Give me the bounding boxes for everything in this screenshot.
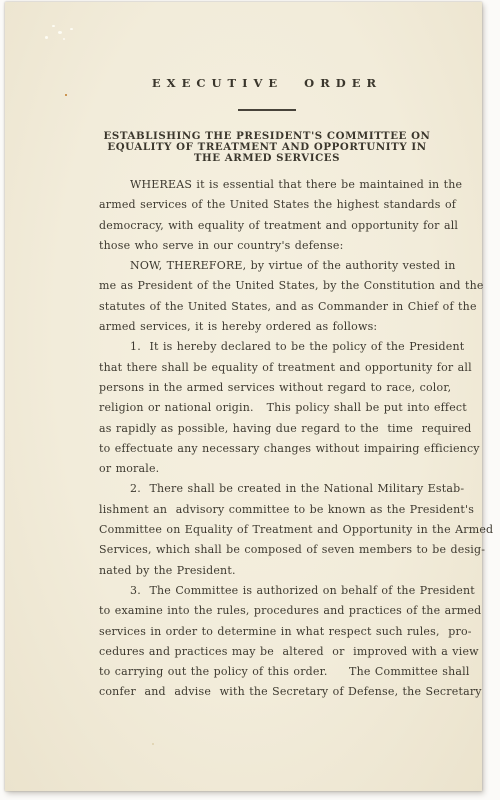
body-line: cedures and practices may be altered or … [99, 645, 437, 665]
document-title: ESTABLISHING THE PRESIDENT'S COMMITTEE O… [87, 131, 447, 165]
paragraph: NOW, THEREFORE, by virtue of the authori… [99, 259, 437, 340]
body-line: me as President of the United States, by… [99, 279, 437, 299]
body-line: WHEREAS it is essential that there be ma… [99, 178, 437, 198]
body-line: statutes of the United States, and as Co… [99, 300, 437, 320]
body-line: those who serve in our country's defense… [99, 239, 437, 259]
paragraph: 2. There shall be created in the Nationa… [99, 482, 437, 583]
body-line: armed services of the United States the … [99, 198, 437, 218]
body-line: religion or national origin. This policy… [99, 401, 437, 421]
paper-speck [65, 94, 67, 96]
body-line: services in order to determine in what r… [99, 625, 437, 645]
document-page: EXECUTIVE ORDER ESTABLISHING THE PRESIDE… [5, 2, 482, 791]
paragraph: WHEREAS it is essential that there be ma… [99, 178, 437, 259]
body-line: persons in the armed services without re… [99, 381, 437, 401]
body-line: 3. The Committee is authorized on behalf… [99, 584, 437, 604]
body-line: Committee on Equality of Treatment and O… [99, 523, 437, 543]
body-line: to effectuate any necessary changes with… [99, 442, 437, 462]
paper-speck [70, 28, 73, 30]
text-column: EXECUTIVE ORDER ESTABLISHING THE PRESIDE… [97, 2, 437, 800]
scan-background: EXECUTIVE ORDER ESTABLISHING THE PRESIDE… [0, 0, 500, 800]
title-rule [238, 109, 296, 111]
document-body: WHEREAS it is essential that there be ma… [99, 178, 437, 706]
body-line: or morale. [99, 462, 437, 482]
body-line: lishment an advisory committee to be kno… [99, 503, 437, 523]
document-kicker: EXECUTIVE ORDER [97, 76, 437, 90]
body-line: NOW, THEREFORE, by virtue of the authori… [99, 259, 437, 279]
body-line: as rapidly as possible, having due regar… [99, 422, 437, 442]
body-line: 1. It is hereby declared to be the polic… [99, 340, 437, 360]
document-title-line: THE ARMED SERVICES [87, 153, 447, 164]
body-line: to examine into the rules, procedures an… [99, 604, 437, 624]
body-line: Services, which shall be composed of sev… [99, 543, 437, 563]
paragraph: 3. The Committee is authorized on behalf… [99, 584, 437, 706]
body-line: to carrying out the policy of this order… [99, 665, 437, 685]
body-line: 2. There shall be created in the Nationa… [99, 482, 437, 502]
body-line: democracy, with equality of treatment an… [99, 219, 437, 239]
paragraph: 1. It is hereby declared to be the polic… [99, 340, 437, 482]
paper-speck [52, 25, 55, 27]
body-line: confer and advise with the Secretary of … [99, 685, 437, 705]
paper-speck [63, 38, 65, 40]
paper-speck [58, 31, 62, 34]
body-line: that there shall be equality of treatmen… [99, 361, 437, 381]
paper-speck [45, 36, 48, 39]
body-line: nated by the President. [99, 564, 437, 584]
body-line: armed services, it is hereby ordered as … [99, 320, 437, 340]
